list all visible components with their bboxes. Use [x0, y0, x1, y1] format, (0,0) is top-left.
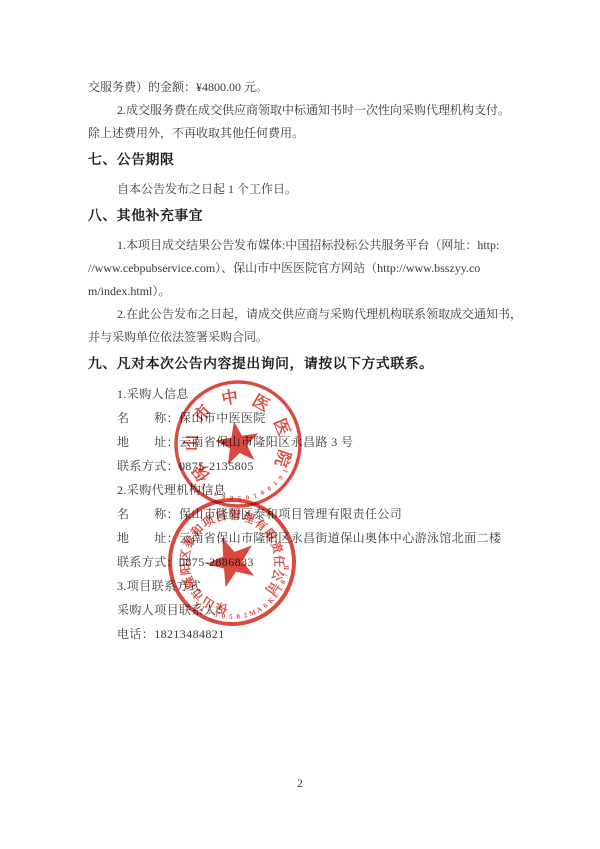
seal-org-char: 山: [181, 434, 200, 451]
seal-star-icon: [212, 418, 262, 467]
document-line: //www.cebpubservice.com）、保山市中医医院官方网站（htt…: [88, 257, 512, 280]
document-line: 地 址：云南省保山市隆阳区永昌街道保山奥体中心游泳馆北面二楼: [88, 526, 512, 550]
seal-code-char: 3: [206, 487, 213, 495]
page-number: 2: [0, 778, 600, 790]
document-page: 交服务费）的金额：¥4800.00 元。2.成交服务费在成交供应商领取中标通知书…: [0, 0, 600, 849]
agency-red-seal: 保山市隆阳区泰和项目管理有限责任公司91530502MA6KET07B: [166, 496, 298, 628]
seal-code-char: 1: [282, 468, 290, 474]
seal-content: 保山市中医医院5320050100191: [172, 378, 304, 510]
seal-org-char: 责: [268, 540, 285, 557]
document-line: m/index.html）。: [88, 280, 512, 303]
document-line: 联系方式：0875-2886833: [88, 550, 512, 574]
seal-code-char: B: [282, 565, 290, 571]
seal-content: 保山市隆阳区泰和项目管理有限责任公司91530502MA6KET07B: [166, 496, 298, 628]
section-heading: 八、其他补充事宜: [88, 204, 512, 227]
seal-code-char: A: [255, 605, 263, 614]
seal-org-char: 医: [270, 416, 294, 439]
section-heading: 九、凡对本次公告内容提出询问，请按以下方式联系。: [88, 352, 512, 375]
document-line: 2.成交服务费在成交供应商领取中标通知书时一次性向采购代理机构支付。: [88, 99, 512, 122]
document-line: 除上述费用外，不再收取其他任何费用。: [88, 122, 512, 145]
seal-code-char: 1: [272, 480, 279, 487]
seal-code-char: 9: [277, 474, 285, 481]
document-body: 交服务费）的金额：¥4800.00 元。2.成交服务费在成交供应商领取中标通知书…: [88, 76, 512, 646]
document-line: 交服务费）的金额：¥4800.00 元。: [88, 76, 512, 99]
section-heading: 七、公告期限: [88, 148, 512, 171]
seal-star-icon: [199, 529, 262, 591]
seal-org-char: 区: [178, 548, 194, 562]
seal-code-char: 0: [266, 485, 273, 493]
seal-org-char: 目: [214, 508, 229, 524]
document-line: 电话：18213484821: [88, 622, 512, 646]
seal-org-char: 管: [229, 508, 242, 523]
seal-code-char: 5: [229, 613, 233, 621]
document-line: 采购人项目联系人：: [88, 598, 512, 622]
seal-org-char: 保: [187, 460, 213, 486]
seal-org-char: 医: [249, 391, 273, 416]
document-line: 并与采购单位依法签署采购合同。: [88, 326, 512, 349]
document-line: 1.本项目成交结果公告发布媒体:中国招标投标公共服务平台（网址：http:: [88, 234, 512, 257]
document-line: 3.项目联系方式: [88, 574, 512, 598]
seal-org-char: 院: [271, 448, 295, 470]
seal-code-char: 0: [236, 612, 241, 620]
seal-org-char: 阳: [178, 562, 194, 576]
document-line: 2.在此公告发布之日起，请成交供应商与采购代理机构联系领取成交通知书，: [88, 303, 512, 326]
buyer-red-seal: 保山市中医医院5320050100191: [172, 378, 304, 510]
document-line: 自本公告发布之日起 1 个工作日。: [88, 178, 512, 201]
seal-org-char: 中: [220, 386, 240, 409]
